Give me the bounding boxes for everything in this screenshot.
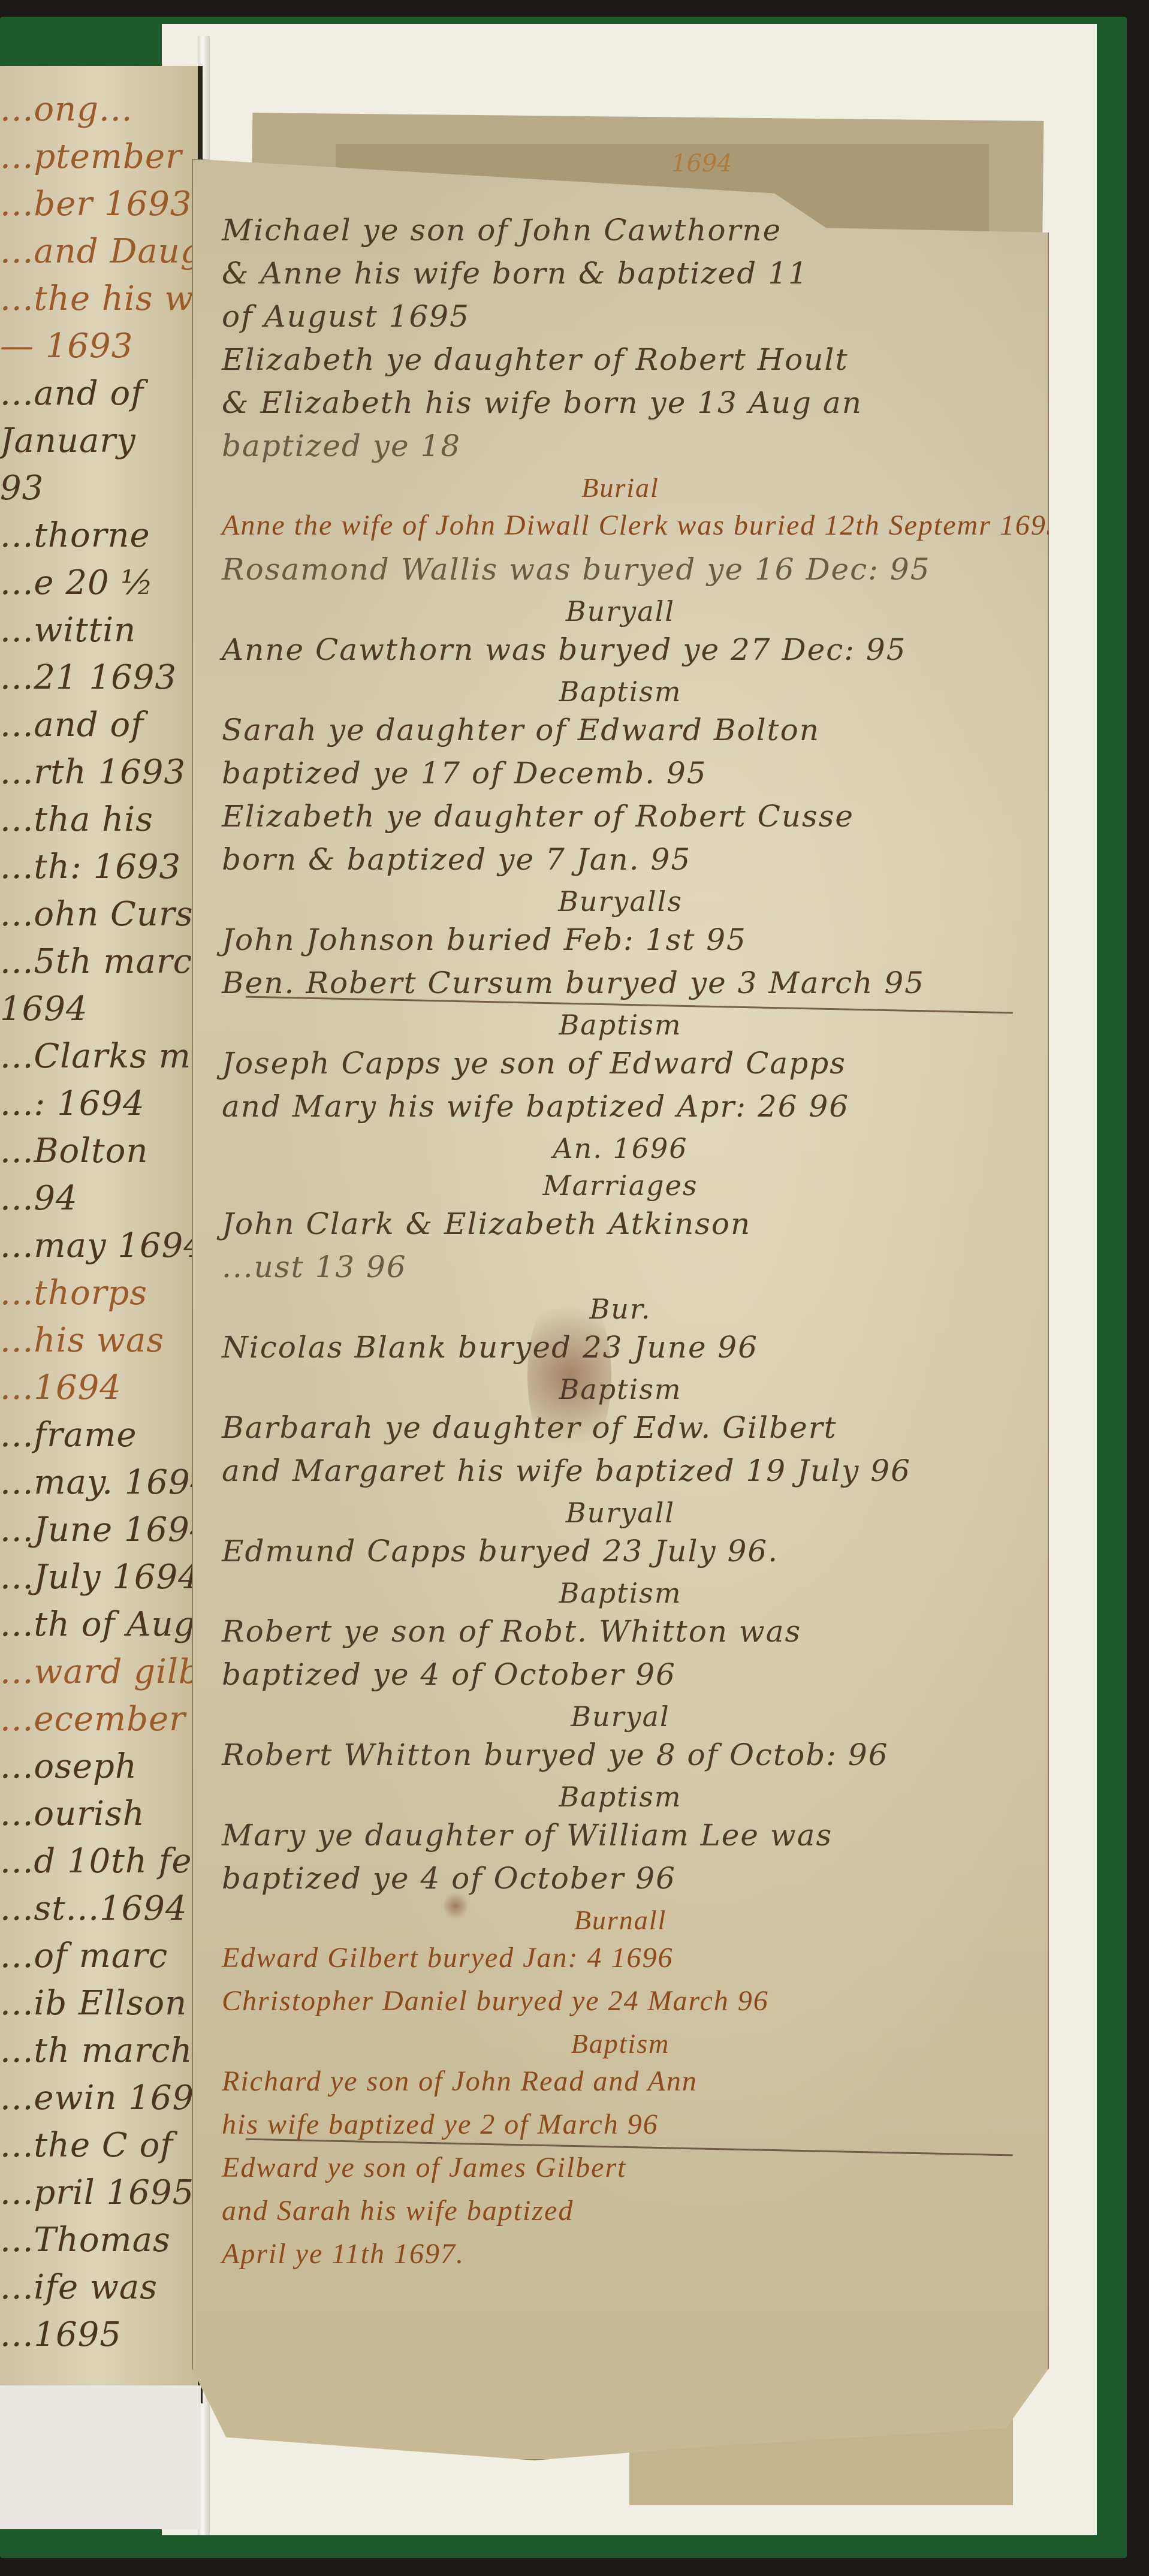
left-page-line: ...and Daughter	[0, 232, 203, 271]
left-page-line: ...may. 1694	[0, 1463, 203, 1502]
underlying-sheet-year: 1694	[671, 150, 732, 177]
register-entry: Rosamond Wallis was buryed ye 16 Dec: 95	[222, 552, 931, 587]
register-entry: April ye 11th 1697.	[222, 2237, 465, 2270]
left-page-line: ...thorps	[0, 1274, 147, 1313]
left-page-line: ...Bolton	[0, 1132, 148, 1171]
section-heading: Baptism	[192, 675, 1049, 708]
left-page-line: ...ewin 1694	[0, 2079, 203, 2117]
section-heading: Marriages	[192, 1169, 1049, 1202]
register-entry: baptized ye 4 of October 96	[222, 1861, 676, 1896]
left-page-line: ...pril 1695	[0, 2173, 194, 2212]
left-page-line: ...his was	[0, 1321, 164, 1360]
left-page-line: ...the his wife	[0, 279, 203, 318]
register-entry: born & baptized ye 7 Jan. 95	[222, 842, 691, 877]
left-page-tissue	[0, 2385, 201, 2529]
register-entry: baptized ye 17 of Decemb. 95	[222, 756, 707, 791]
register-entry: Elizabeth ye daughter of Robert Cusse	[222, 799, 854, 834]
register-entry: of August 1695	[222, 299, 470, 334]
left-page-line: ...Thomas	[0, 2221, 171, 2260]
left-page-line: ...e 20 ½	[0, 563, 154, 602]
section-heading: Baptism	[192, 1373, 1049, 1405]
register-entry: and Sarah his wife baptized	[222, 2194, 574, 2227]
left-page-line: ...ourish	[0, 1794, 145, 1833]
left-facing-page: ...ong......ptember 1693...ber 1693...an…	[0, 66, 203, 2403]
left-page-line: ...st...1694	[0, 1889, 188, 1928]
left-page-line: ...th of August 94	[0, 1605, 203, 1644]
left-page-line: ...July 1694	[0, 1558, 200, 1597]
left-page-line: ...: 1694	[0, 1084, 145, 1123]
left-page-line: ...21 1693	[0, 658, 177, 697]
section-heading: Buryal	[192, 1700, 1049, 1733]
register-entry: Barbarah ye daughter of Edw. Gilbert	[222, 1410, 837, 1445]
section-heading: Baptism	[192, 1577, 1049, 1609]
left-page-line: 1694	[0, 990, 88, 1028]
register-entry: his wife baptized ye 2 of March 96	[222, 2108, 659, 2141]
register-entry: Ben. Robert Cursum buryed ye 3 March 95	[222, 966, 925, 1000]
register-entry: ...ust 13 96	[222, 1250, 407, 1284]
left-page-line: ...ber 1693	[0, 185, 192, 224]
left-page-line: ...ife was	[0, 2268, 158, 2307]
left-page-line: 93	[0, 469, 44, 508]
left-page-line: ...thorne	[0, 516, 150, 555]
section-heading: Buryalls	[192, 885, 1049, 918]
register-entry: & Anne his wife born & baptized 11	[222, 256, 809, 291]
left-page-line: ...ohn Cursum	[0, 895, 203, 934]
register-entry: Edmund Capps buryed 23 July 96.	[222, 1534, 779, 1568]
left-page-line: ...tha his	[0, 800, 153, 839]
register-entry: and Margaret his wife baptized 19 July 9…	[222, 1453, 911, 1488]
register-entry: & Elizabeth his wife born ye 13 Aug an	[222, 385, 862, 420]
left-page-line: ...may 1694	[0, 1226, 203, 1265]
left-page-line: ...1695	[0, 2315, 122, 2354]
section-heading: Baptism	[192, 1781, 1049, 1813]
register-entry: Sarah ye daughter of Edward Bolton	[222, 713, 820, 747]
section-heading: Bur.	[192, 1293, 1049, 1325]
register-entry: Christopher Daniel buryed ye 24 March 96	[222, 1984, 769, 2017]
register-entry: Robert Whitton buryed ye 8 of Octob: 96	[222, 1738, 889, 1772]
register-entry: Mary ye daughter of William Lee was	[222, 1818, 833, 1853]
left-page-line: — 1693	[0, 327, 133, 366]
left-page-line: ...d 10th feb	[0, 1842, 203, 1881]
register-entry: and Mary his wife baptized Apr: 26 96	[222, 1089, 849, 1124]
left-page-line: ...wittin	[0, 611, 136, 650]
left-page-line: ...5th march: 94	[0, 942, 203, 981]
register-entry: Edward Gilbert buryed Jan: 4 1696	[222, 1941, 673, 1974]
left-page-line: January	[0, 421, 136, 460]
left-page-line: ...June 1694	[0, 1510, 203, 1549]
left-page-line: ...and of	[0, 374, 144, 413]
register-entry: Michael ye son of John Cawthorne	[222, 213, 782, 248]
left-page-line: ...and of	[0, 705, 144, 744]
section-heading: Buryall	[192, 595, 1049, 628]
section-heading: Baptism	[192, 1009, 1049, 1041]
register-entry: baptized ye 4 of October 96	[222, 1657, 676, 1692]
section-heading: Burial	[192, 472, 1049, 503]
register-entry: Joseph Capps ye son of Edward Capps	[222, 1046, 846, 1081]
register-entry: Richard ye son of John Read and Ann	[222, 2065, 698, 2098]
register-entry: John Clark & Elizabeth Atkinson	[222, 1206, 751, 1241]
section-heading: An. 1696	[192, 1132, 1049, 1165]
register-entry: Nicolas Blank buryed 23 June 96	[222, 1330, 758, 1365]
left-page-line: ...94	[0, 1179, 78, 1218]
left-page-line: ...rth 1693	[0, 753, 186, 792]
section-heading: Buryall	[192, 1497, 1049, 1529]
section-heading: Burnall	[192, 1904, 1049, 1936]
register-entry: Robert ye son of Robt. Whitton was	[222, 1614, 801, 1649]
left-page-line: ...ong...	[0, 90, 132, 129]
left-page-line: ...ptember 1693	[0, 137, 203, 176]
left-page-line: ...ward gilbert	[0, 1652, 203, 1691]
left-page-line: ...frame	[0, 1416, 137, 1455]
register-entry: Elizabeth ye daughter of Robert Hoult	[222, 342, 849, 377]
register-entry: Anne Cawthorn was buryed ye 27 Dec: 95	[222, 632, 907, 667]
left-page-line: ...th march 94	[0, 2031, 203, 2070]
register-entry: Edward ye son of James Gilbert	[222, 2151, 626, 2184]
left-page-line: ...Clarks mab	[0, 1037, 203, 1076]
left-page-line: ...of marc	[0, 1936, 168, 1975]
register-page: 19 Michael ye son of John Cawthorne& Ann…	[192, 159, 1049, 2460]
left-page-line: ...th: 1693	[0, 847, 181, 886]
left-page-line: ...oseph	[0, 1747, 137, 1786]
section-heading: Baptism	[192, 2028, 1049, 2059]
left-page-line: ...ecember 94	[0, 1700, 203, 1739]
left-page-line: ...1694	[0, 1368, 122, 1407]
register-entry: John Johnson buried Feb: 1st 95	[222, 922, 747, 957]
register-entry: baptized ye 18	[222, 429, 461, 463]
left-page-line: ...the C of	[0, 2126, 173, 2165]
register-entry: Anne the wife of John Diwall Clerk was b…	[222, 509, 1062, 542]
left-page-line: ...ib Ellson	[0, 1984, 187, 2023]
